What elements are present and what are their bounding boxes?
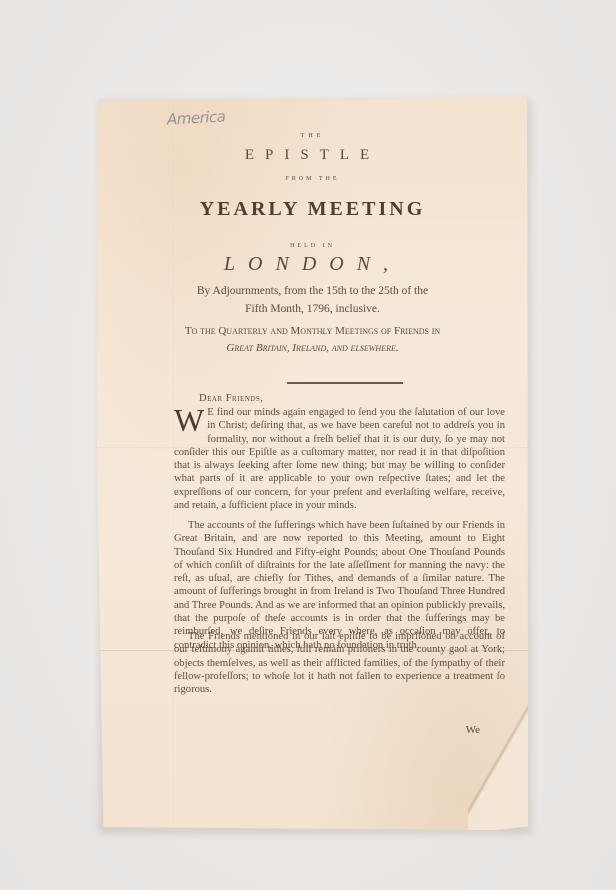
paragraph-1: W E find our minds again engaged to ſend… xyxy=(174,406,505,512)
ornamental-rule xyxy=(287,382,403,384)
title-yearly-meeting: YEARLY MEETING xyxy=(97,198,528,221)
catchword: We xyxy=(466,724,480,736)
address-line-2: Great Britain, Ireland, and elsewhere. xyxy=(137,340,488,357)
title-from-the: FROM THE xyxy=(97,176,528,182)
paragraph-1-text: E find our minds again engaged to ſend y… xyxy=(174,407,505,511)
title-the: THE xyxy=(97,133,528,139)
document-page: America THE EPISTLE FROM THE YEARLY MEET… xyxy=(97,97,528,830)
pencil-annotation: America xyxy=(167,107,226,128)
title-held-in: HELD IN xyxy=(97,243,528,249)
paragraph-3: The Friends mentioned in our laſt epiſtl… xyxy=(174,630,505,696)
title-epistle: EPISTLE xyxy=(97,147,528,164)
folded-corner xyxy=(468,690,528,830)
title-london: LONDON, xyxy=(97,253,528,276)
subtitle-dates: By Adjournments, from the 15th to the 25… xyxy=(97,282,528,318)
address-block: To the Quarterly and Monthly Meetings of… xyxy=(97,323,528,357)
subtitle-line-1: By Adjournments, from the 15th to the 25… xyxy=(137,282,488,300)
address-line-1: To the Quarterly and Monthly Meetings of… xyxy=(137,323,488,340)
drop-cap: W xyxy=(174,407,204,434)
subtitle-line-2: Fifth Month, 1796, inclusive. xyxy=(137,300,488,318)
salutation: Dear Friends, xyxy=(199,393,263,404)
